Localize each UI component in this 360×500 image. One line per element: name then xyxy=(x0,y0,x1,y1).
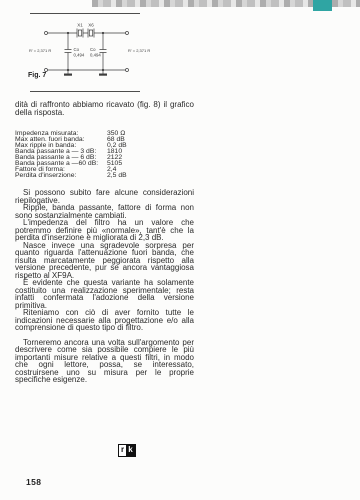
node-dot xyxy=(67,32,69,34)
figure-bottom-rule xyxy=(30,91,140,92)
text-column: dità di raffronto abbiamo ricavato (fig.… xyxy=(15,101,194,384)
paragraph: Riteniamo con ciò di aver fornito tutte … xyxy=(15,309,194,332)
figure-caption: Fig. 7 xyxy=(28,72,46,79)
figure-top-rule xyxy=(30,13,140,14)
spec-table: Impedenza misurata: 350 Ω Max atten. fuo… xyxy=(15,131,194,179)
circuit-diagram: X1 X6 Co 0,494 Co 0,494 R' = 2,371 R R' … xyxy=(28,18,160,80)
paragraph: dità di raffronto abbiamo ricavato (fig.… xyxy=(15,101,194,116)
ground-icon xyxy=(64,74,72,76)
node-dot xyxy=(102,69,104,71)
logo-letter: r xyxy=(119,445,126,456)
node-dot xyxy=(102,32,104,34)
right-termination-label: R' = 2,371 R xyxy=(128,48,150,53)
crystal-label: X6 xyxy=(88,23,94,28)
teal-highlight-mark xyxy=(313,0,332,11)
capacitor-left-icon xyxy=(65,33,72,70)
spec-label: Perdita d'inserzione: xyxy=(15,173,107,179)
paragraph: Ripple, banda passante, fattore di forma… xyxy=(15,204,194,219)
capacitor-name: Co xyxy=(90,47,96,52)
paragraph: Nasce invece una sgradevole sorpresa per… xyxy=(15,242,194,280)
paragraph: Si possono subito fare alcune consideraz… xyxy=(15,189,194,204)
logo-letter: k xyxy=(126,445,135,456)
scanned-page: X1 X6 Co 0,494 Co 0,494 R' = 2,371 R R' … xyxy=(0,0,360,500)
rk-magazine-logo: r k xyxy=(118,444,136,457)
crystal-x6-icon xyxy=(88,29,94,38)
terminal-icon xyxy=(126,69,129,72)
crystal-label: X1 xyxy=(77,23,83,28)
paragraph: Torneremo ancora una volta sull'argoment… xyxy=(15,339,194,384)
terminal-icon xyxy=(126,32,129,35)
capacitor-value: 0,494 xyxy=(90,53,101,58)
page-number: 158 xyxy=(26,477,41,487)
paragraph: L'impedenza del filtro ha un valore che … xyxy=(15,219,194,242)
crystal-x1-icon xyxy=(77,29,83,38)
node-dot xyxy=(67,69,69,71)
paragraph: È evidente che questa variante ha solame… xyxy=(15,279,194,309)
capacitor-value: 0,494 xyxy=(74,53,85,58)
capacitor-name: Co xyxy=(74,47,80,52)
left-termination-label: R' = 2,371 R xyxy=(29,48,51,53)
spec-value: 2,5 dB xyxy=(107,173,194,179)
capacitor-right-icon xyxy=(100,33,107,70)
terminal-icon xyxy=(45,32,48,35)
spec-row: Perdita d'inserzione: 2,5 dB xyxy=(15,173,194,179)
ground-icon xyxy=(99,74,107,76)
